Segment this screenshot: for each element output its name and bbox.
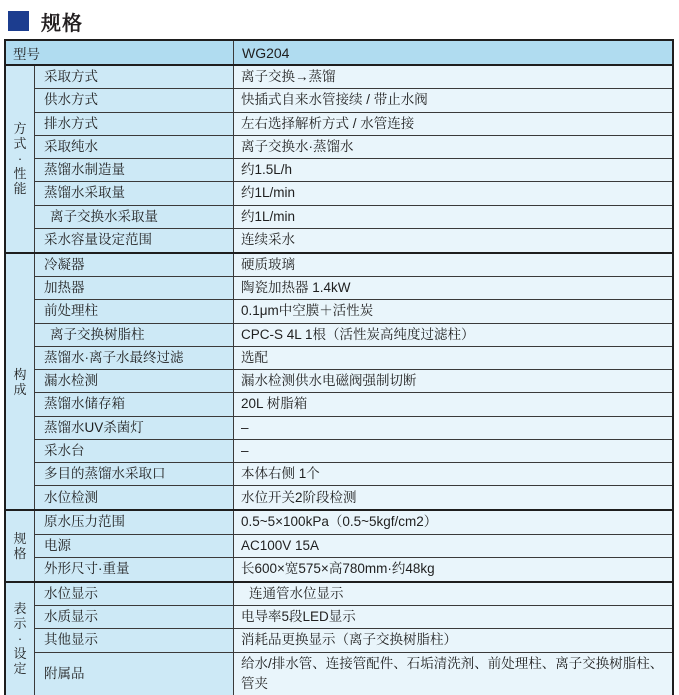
spec-value: 20L 树脂箱 xyxy=(234,393,672,415)
spec-value: – xyxy=(234,440,672,462)
group-rows: 水位显示 连通管水位显示 水质显示 电导率5段LED显示 其他显示 消耗品更换显… xyxy=(35,583,672,695)
spec-value: AC100V 15A xyxy=(234,535,672,557)
table-row: 蒸馏水UV杀菌灯 – xyxy=(35,417,672,440)
table-row: 蒸馏水制造量 约1.5L/h xyxy=(35,159,672,182)
spec-label: 水质显示 xyxy=(35,606,234,628)
spec-label: 蒸馏水制造量 xyxy=(35,159,234,181)
spec-value: CPC-S 4L 1根（活性炭高纯度过滤柱） xyxy=(234,324,672,346)
spec-label: 采水容量设定范围 xyxy=(35,229,234,252)
spec-table: 型号 WG204 方式·性能 采取方式 离子交换→蒸馏 供水方式 快插式自来水管… xyxy=(4,39,674,695)
table-row: 采取纯水 离子交换水·蒸馏水 xyxy=(35,136,672,159)
table-row: 电源 AC100V 15A xyxy=(35,535,672,558)
spec-label: 其他显示 xyxy=(35,629,234,651)
table-row: 原水压力范围 0.5~5×100kPa（0.5~5kgf/cm2） xyxy=(35,511,672,534)
group-rows: 原水压力范围 0.5~5×100kPa（0.5~5kgf/cm2） 电源 AC1… xyxy=(35,511,672,581)
table-row: 蒸馏水采取量 约1L/min xyxy=(35,182,672,205)
spec-value: 漏水检测供水电磁阀强制切断 xyxy=(234,370,672,392)
spec-label: 蒸馏水储存箱 xyxy=(35,393,234,415)
model-header-value: WG204 xyxy=(234,41,672,64)
spec-value: 快插式自来水管接续 / 带止水阀 xyxy=(234,89,672,111)
table-row: 供水方式 快插式自来水管接续 / 带止水阀 xyxy=(35,89,672,112)
table-row: 附属品 给水/排水管、连接管配件、石垢清洗剂、前处理柱、离子交换树脂柱、管夹 xyxy=(35,653,672,695)
spec-group: 方式·性能 采取方式 离子交换→蒸馏 供水方式 快插式自来水管接续 / 带止水阀… xyxy=(6,66,672,254)
table-row: 漏水检测 漏水检测供水电磁阀强制切断 xyxy=(35,370,672,393)
table-row: 加热器 陶瓷加热器 1.4kW xyxy=(35,277,672,300)
spec-label: 多目的蒸馏水采取口 xyxy=(35,463,234,485)
spec-value: 连通管水位显示 xyxy=(234,583,672,605)
spec-group: 规格 原水压力范围 0.5~5×100kPa（0.5~5kgf/cm2） 电源 … xyxy=(6,511,672,583)
spec-value: 给水/排水管、连接管配件、石垢清洗剂、前处理柱、离子交换树脂柱、管夹 xyxy=(234,653,672,695)
spec-value: 连续采水 xyxy=(234,229,672,252)
table-row: 采取方式 离子交换→蒸馏 xyxy=(35,66,672,89)
group-label: 规格 xyxy=(6,511,35,581)
table-row: 蒸馏水·离子水最终过滤 选配 xyxy=(35,347,672,370)
spec-value: 0.5~5×100kPa（0.5~5kgf/cm2） xyxy=(234,511,672,533)
group-rows: 采取方式 离子交换→蒸馏 供水方式 快插式自来水管接续 / 带止水阀 排水方式 … xyxy=(35,66,672,252)
section-marker-icon xyxy=(8,11,29,31)
table-row: 多目的蒸馏水采取口 本体右侧 1个 xyxy=(35,463,672,486)
table-row: 排水方式 左右选择解析方式 / 水管连接 xyxy=(35,113,672,136)
spec-value: 左右选择解析方式 / 水管连接 xyxy=(234,113,672,135)
spec-value: 选配 xyxy=(234,347,672,369)
spec-label: 漏水检测 xyxy=(35,370,234,392)
spec-value: 0.1μm中空膜＋活性炭 xyxy=(234,300,672,322)
spec-value: 电导率5段LED显示 xyxy=(234,606,672,628)
spec-label: 离子交换水采取量 xyxy=(35,206,234,228)
table-row: 水质显示 电导率5段LED显示 xyxy=(35,606,672,629)
model-header-label: 型号 xyxy=(6,41,234,64)
group-label: 表示·设定 xyxy=(6,583,35,695)
spec-label: 外形尺寸·重量 xyxy=(35,558,234,581)
spec-label: 离子交换树脂柱 xyxy=(35,324,234,346)
spec-value: 约1.5L/h xyxy=(234,159,672,181)
spec-label: 冷凝器 xyxy=(35,254,234,276)
table-row: 水位显示 连通管水位显示 xyxy=(35,583,672,606)
spec-label: 水位显示 xyxy=(35,583,234,605)
spec-label: 水位检测 xyxy=(35,486,234,509)
spec-label: 加热器 xyxy=(35,277,234,299)
spec-value: 本体右侧 1个 xyxy=(234,463,672,485)
spec-label: 蒸馏水采取量 xyxy=(35,182,234,204)
group-label: 构成 xyxy=(6,254,35,510)
spec-label: 前处理柱 xyxy=(35,300,234,322)
spec-label: 采取方式 xyxy=(35,66,234,88)
table-row: 前处理柱 0.1μm中空膜＋活性炭 xyxy=(35,300,672,323)
section-title: 规格 xyxy=(41,7,83,36)
spec-label: 采水台 xyxy=(35,440,234,462)
table-body: 方式·性能 采取方式 离子交换→蒸馏 供水方式 快插式自来水管接续 / 带止水阀… xyxy=(6,66,672,695)
spec-group: 表示·设定 水位显示 连通管水位显示 水质显示 电导率5段LED显示 其他显示 … xyxy=(6,583,672,695)
spec-value: 约1L/min xyxy=(234,206,672,228)
group-label: 方式·性能 xyxy=(6,66,35,252)
spec-group: 构成 冷凝器 硬质玻璃 加热器 陶瓷加热器 1.4kW 前处理柱 0.1μm中空… xyxy=(6,254,672,512)
spec-value: – xyxy=(234,417,672,439)
table-row: 离子交换水采取量 约1L/min xyxy=(35,206,672,229)
spec-value: 约1L/min xyxy=(234,182,672,204)
spec-value: 离子交换→蒸馏 xyxy=(234,66,672,88)
spec-value: 陶瓷加热器 1.4kW xyxy=(234,277,672,299)
table-row: 水位检测 水位开关2阶段检测 xyxy=(35,486,672,509)
spec-label: 供水方式 xyxy=(35,89,234,111)
spec-value: 硬质玻璃 xyxy=(234,254,672,276)
spec-value: 离子交换水·蒸馏水 xyxy=(234,136,672,158)
table-row: 外形尺寸·重量 长600×宽575×高780mm·约48kg xyxy=(35,558,672,581)
table-row: 采水台 – xyxy=(35,440,672,463)
spec-label: 原水压力范围 xyxy=(35,511,234,533)
spec-value: 水位开关2阶段检测 xyxy=(234,486,672,509)
spec-label: 蒸馏水UV杀菌灯 xyxy=(35,417,234,439)
table-row: 采水容量设定范围 连续采水 xyxy=(35,229,672,252)
spec-value: 消耗品更换显示（离子交换树脂柱） xyxy=(234,629,672,651)
spec-page: 规格 型号 WG204 方式·性能 采取方式 离子交换→蒸馏 供水方式 快插式自… xyxy=(0,0,679,695)
table-row: 离子交换树脂柱 CPC-S 4L 1根（活性炭高纯度过滤柱） xyxy=(35,324,672,347)
spec-value: 长600×宽575×高780mm·约48kg xyxy=(234,558,672,581)
table-row: 蒸馏水储存箱 20L 树脂箱 xyxy=(35,393,672,416)
spec-label: 蒸馏水·离子水最终过滤 xyxy=(35,347,234,369)
table-header-row: 型号 WG204 xyxy=(6,41,672,66)
spec-label: 电源 xyxy=(35,535,234,557)
section-header: 规格 xyxy=(8,7,675,35)
table-row: 冷凝器 硬质玻璃 xyxy=(35,254,672,277)
spec-label: 排水方式 xyxy=(35,113,234,135)
spec-label: 附属品 xyxy=(35,653,234,695)
spec-label: 采取纯水 xyxy=(35,136,234,158)
table-row: 其他显示 消耗品更换显示（离子交换树脂柱） xyxy=(35,629,672,652)
group-rows: 冷凝器 硬质玻璃 加热器 陶瓷加热器 1.4kW 前处理柱 0.1μm中空膜＋活… xyxy=(35,254,672,510)
